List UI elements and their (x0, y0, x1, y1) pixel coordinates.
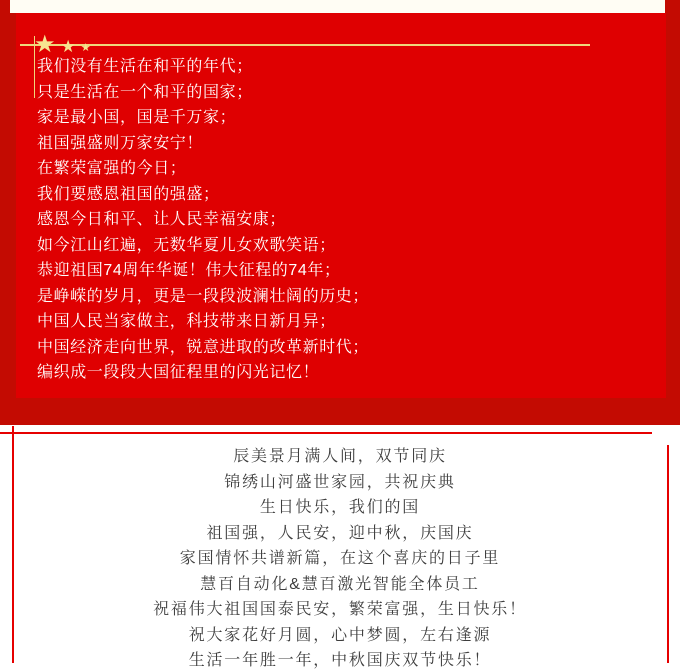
wish-line: 生日快乐，我们的国 (0, 495, 680, 521)
poem-line: 只是生活在一个和平的国家； (37, 80, 656, 106)
top-white-strip (10, 0, 665, 13)
star-icon-medium: ★ (61, 38, 76, 57)
wishes-section: 辰美景月满人间，双节同庆 锦绣山河盛世家园，共祝庆典 生日快乐，我们的国 祖国强… (0, 425, 680, 670)
wish-line: 辰美景月满人间，双节同庆 (0, 444, 680, 470)
holiday-wishes: 辰美景月满人间，双节同庆 锦绣山河盛世家园，共祝庆典 生日快乐，我们的国 祖国强… (0, 444, 680, 670)
poem-line: 中国经济走向世界，锐意进取的改革新时代； (37, 335, 656, 361)
gold-horizontal-divider (20, 44, 590, 46)
poem-line: 是峥嵘的岁月，更是一段段波澜壮阔的历史； (37, 284, 656, 310)
poem-content-block: ★ ★ ★ 我们没有生活在和平的年代； 只是生活在一个和平的国家； 家是最小国，… (16, 13, 666, 398)
poem-line: 祖国强盛则万家安宁！ (37, 131, 656, 157)
red-banner-section: ★ ★ ★ 我们没有生活在和平的年代； 只是生活在一个和平的国家； 家是最小国，… (0, 0, 680, 425)
wish-line: 祖国强，人民安，迎中秋，庆国庆 (0, 521, 680, 547)
poem-line: 家是最小国，国是千万家； (37, 105, 656, 131)
wish-line: 生活一年胜一年，中秋国庆双节快乐！ (0, 648, 680, 670)
poem-line: 我们要感恩祖国的强盛； (37, 182, 656, 208)
wish-line: 家国情怀共谱新篇，在这个喜庆的日子里 (0, 546, 680, 572)
stars-decoration: ★ ★ ★ (34, 33, 91, 57)
patriotic-poem: 我们没有生活在和平的年代； 只是生活在一个和平的国家； 家是最小国，国是千万家；… (37, 54, 656, 386)
greeting-article-page: ★ ★ ★ 我们没有生活在和平的年代； 只是生活在一个和平的国家； 家是最小国，… (0, 0, 680, 670)
poem-line: 我们没有生活在和平的年代； (37, 54, 656, 80)
wish-line: 慧百自动化&慧百激光智能全体员工 (0, 572, 680, 598)
poem-line: 感恩今日和平、让人民幸福安康； (37, 207, 656, 233)
poem-line: 如今江山红遍，无数华夏儿女欢歌笑语； (37, 233, 656, 259)
poem-line: 编织成一段段大国征程里的闪光记忆！ (37, 360, 656, 386)
poem-line: 中国人民当家做主，科技带来日新月异； (37, 309, 656, 335)
wish-line: 祝大家花好月圆，心中梦圆，左右逢源 (0, 623, 680, 649)
wish-line: 祝福伟大祖国国泰民安，繁荣富强，生日快乐！ (0, 597, 680, 623)
star-icon-large: ★ (34, 33, 56, 57)
red-horizontal-divider (0, 432, 652, 434)
star-icon-small: ★ (81, 43, 91, 57)
poem-line: 恭迎祖国74周年华诞！伟大征程的74年； (37, 258, 656, 284)
poem-line: 在繁荣富强的今日； (37, 156, 656, 182)
wish-line: 锦绣山河盛世家园，共祝庆典 (0, 470, 680, 496)
